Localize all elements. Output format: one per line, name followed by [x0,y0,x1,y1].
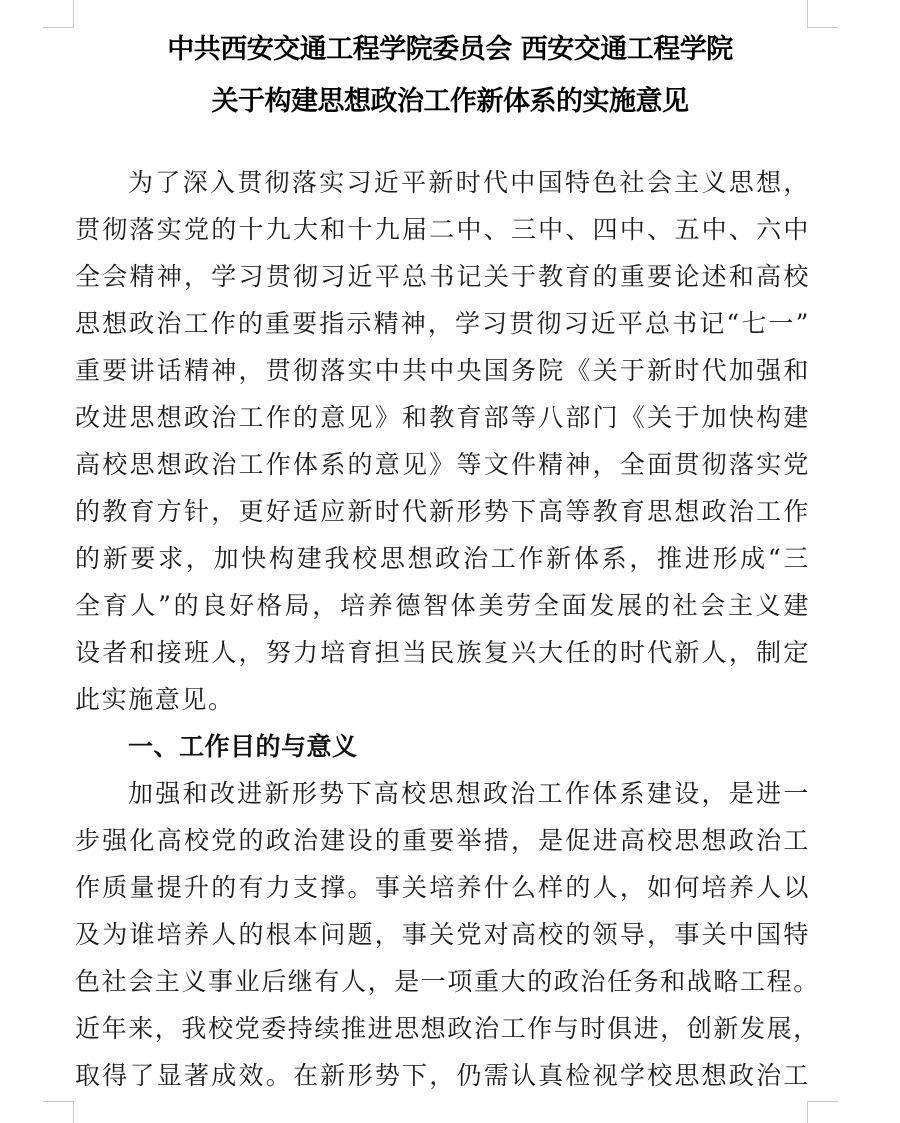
text-line: 为了深入贯彻落实习近平新时代中国特色社会主义思想， [75,159,810,206]
text-line: 重要讲话精神，贯彻落实中共中央国务院《关于新时代加强和 [75,347,810,394]
text-line: 此实施意见。 [75,676,810,723]
text-line: 改进思想政治工作的意见》和教育部等八部门《关于加快构建 [75,394,810,441]
text-line: 及为谁培养人的根本问题，事关党对高校的领导，事关中国特 [75,911,810,958]
text-line: 全会精神，学习贯彻习近平总书记关于教育的重要论述和高校 [75,253,810,300]
paragraph-intro: 为了深入贯彻落实习近平新时代中国特色社会主义思想， 贯彻落实党的十九大和十九届二… [75,159,810,723]
text-line: 作质量提升的有力支撑。事关培养什么样的人，如何培养人以 [75,864,810,911]
text-line: 近年来，我校党委持续推进思想政治工作与时俱进，创新发展， [75,1005,810,1052]
text-line: 思想政治工作的重要指示精神，学习贯彻习近平总书记“七一” [75,300,810,347]
text-line: 色社会主义事业后继有人，是一项重大的政治任务和战略工程。 [75,958,810,1005]
text-line: 加强和改进新形势下高校思想政治工作体系建设，是进一 [75,770,810,817]
page-margin-mark-bottom-right [807,1101,838,1123]
text-line: 的教育方针，更好适应新时代新形势下高等教育思想政治工作 [75,488,810,535]
text-line: 高校思想政治工作体系的意见》等文件精神，全面贯彻落实党 [75,441,810,488]
page-margin-mark-bottom-left [43,1101,74,1123]
text-line: 贯彻落实党的十九大和十九届二中、三中、四中、五中、六中 [75,206,810,253]
text-line: 取得了显著成效。在新形势下，仍需认真检视学校思想政治工 [75,1052,810,1099]
document-body: 为了深入贯彻落实习近平新时代中国特色社会主义思想， 贯彻落实党的十九大和十九届二… [75,159,810,1099]
text-line: 设者和接班人，努力培育担当民族复兴大任的时代新人，制定 [75,629,810,676]
text-line: 步强化高校党的政治建设的重要举措，是促进高校思想政治工 [75,817,810,864]
document-title-line-1: 中共西安交通工程学院委员会 西安交通工程学院 [0,24,900,76]
document-title-line-2: 关于构建思想政治工作新体系的实施意见 [0,76,900,128]
text-line: 全育人”的良好格局，培养德智体美劳全面发展的社会主义建 [75,582,810,629]
text-line: 的新要求，加快构建我校思想政治工作新体系，推进形成“三 [75,535,810,582]
section-heading-purpose-and-significance: 一、工作目的与意义 [75,723,810,770]
paragraph-purpose: 加强和改进新形势下高校思想政治工作体系建设，是进一 步强化高校党的政治建设的重要… [75,770,810,1099]
